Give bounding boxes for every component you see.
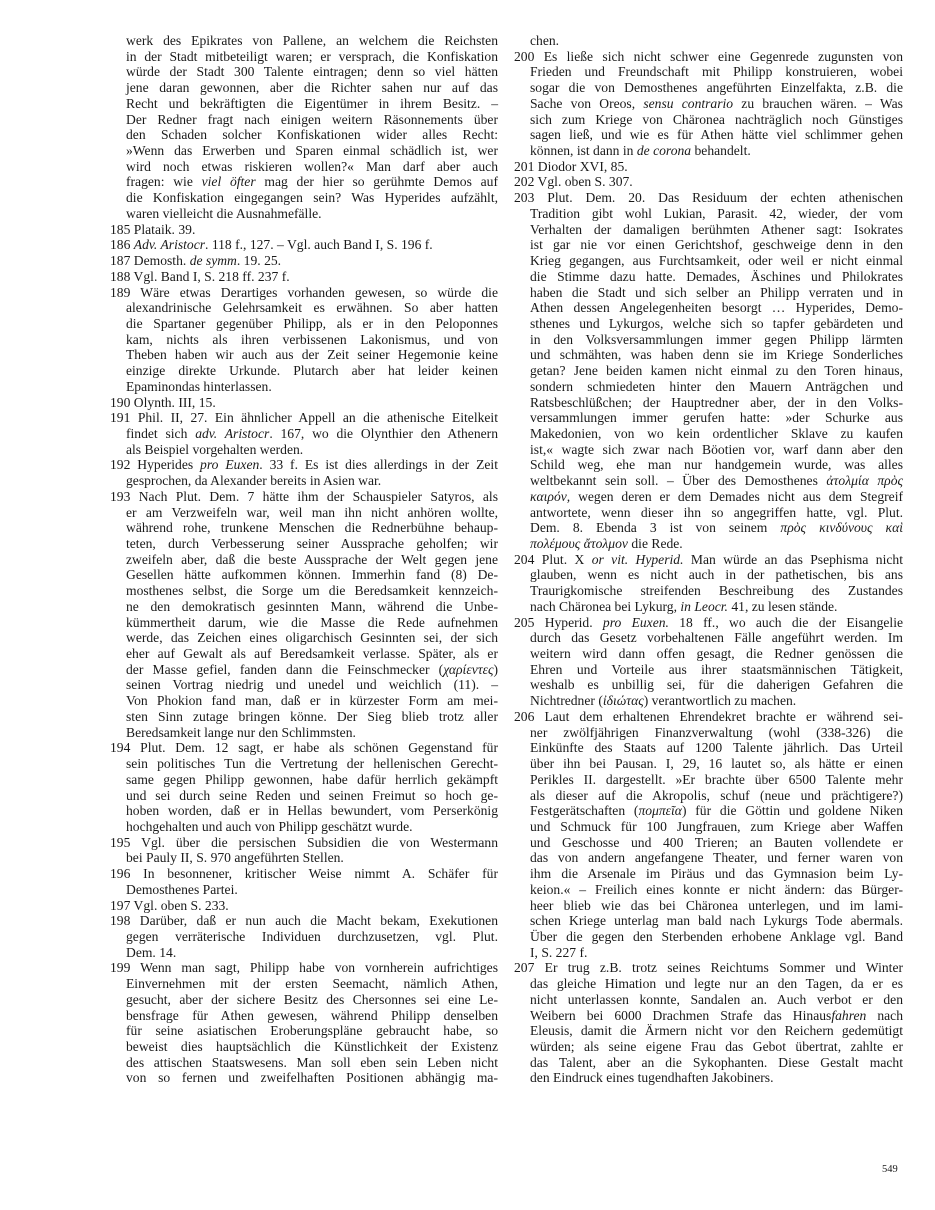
text-run: same gegen Philipp gewonnen, habe dafür … (126, 772, 498, 787)
footnote-line: bensfrage für Athen gewesen, während Phi… (110, 1008, 498, 1024)
footnote-line: für seine asiatischen Eroberungspläne ge… (110, 1023, 498, 1039)
footnote-number: 192 (110, 457, 137, 472)
italic-text: ἰδιώτας (603, 693, 644, 708)
footnote-line: 200 Es ließe sich nicht schwer eine Gege… (514, 49, 903, 65)
footnote-196: 196 In besonnener, kritischer Weise nimm… (110, 866, 498, 897)
footnote-line: Einvernehmen mit der ersten Seemacht, nä… (110, 976, 498, 992)
italic-text: Adv. Aristocr (134, 237, 205, 252)
footnote-204: 204 Plut. X or vit. Hyperid. Man würde a… (514, 552, 903, 615)
italic-text: πομπεῖα (638, 803, 682, 818)
footnote-line: ist gar nie vor einen Gerichtshof, gesch… (514, 237, 903, 253)
text-run: Über die gegen den Sterbenden erhobene A… (530, 929, 903, 944)
footnote-line: bei Pauly II, S. 970 angeführten Stellen… (110, 850, 498, 866)
footnote-number: 198 (110, 913, 140, 928)
footnote-line: den Eindruck eines tugendhaften Jakobine… (514, 1070, 903, 1086)
footnote-line: als dieser auf die Akropolis, schuf (neu… (514, 788, 903, 804)
text-run: Makedonien, von wo kein ordentlicher Skl… (530, 426, 903, 441)
text-run: keion.« – Freilich eines konnte er nicht… (530, 882, 903, 897)
text-run: sten Sinn zutage bringen könne. Der Sieg… (126, 709, 498, 724)
text-run: Weibern bei 6000 Drachmen Strafe das Hin… (530, 1008, 831, 1023)
text-run: teten, durch Verbesserung seiner Ausspra… (126, 536, 498, 551)
footnote-line: Dem. 8. Ebenda 3 ist von seinem πρὸς κιν… (514, 520, 903, 536)
text-run: das Talent, aber an die Sykophanten. Die… (530, 1055, 903, 1070)
footnote-line: Der Redner fragt nach einigen weitern Rä… (110, 112, 498, 128)
footnote-number: 202 (514, 174, 538, 189)
text-run: der Masse gefiel, fanden dann die Feinsc… (126, 662, 443, 677)
text-run: Eleusis, damit die Ärmern nicht vor den … (530, 1023, 903, 1038)
text-run: . 167, wo die Olynthier den Athenern (269, 426, 498, 441)
footnote-line: Beredsamkeit lange nur den Schlimmsten. (110, 725, 498, 741)
footnote-number: 203 (514, 190, 547, 205)
text-run: 41, zu lesen stände. (728, 599, 837, 614)
footnote-line: findet sich adv. Aristocr. 167, wo die O… (110, 426, 498, 442)
text-run: Dem. 14. (126, 945, 176, 960)
footnote-line: 199 Wenn man sagt, Philipp habe von vorn… (110, 960, 498, 976)
footnote-202: 202 Vgl. oben S. 307. (514, 174, 903, 190)
footnote-line: 185 Plataik. 39. (110, 222, 498, 238)
footnote-line: und Geschosse und 400 Trieren; an Bauten… (514, 835, 903, 851)
footnote-line: ner zwölfjährigen Finanzverwaltung (wohl… (514, 725, 903, 741)
footnote-line: einzige direkte Urkunde. Plutarch aber h… (110, 363, 498, 379)
footnote-number: 191 (110, 410, 138, 425)
text-run: glauben, wenn es nicht auch in der pathe… (530, 567, 903, 582)
text-run: chen. (530, 33, 559, 48)
text-run: und Geschosse und 400 Trieren; an Bauten… (530, 835, 903, 850)
footnote-line: während rohe, trunkene Menschen die Redn… (110, 520, 498, 536)
text-run: getan? Jene beiden kamen nicht einmal zu… (530, 363, 903, 378)
text-run: sein politisches Tun die Vertretung der … (126, 756, 498, 771)
left-column-footnotes: werk des Epikrates von Pallene, an welch… (110, 33, 498, 1086)
text-run: bei Pauly II, S. 970 angeführten Stellen… (126, 850, 344, 865)
text-run: heer blieb wie das bei Chäronea unterleg… (530, 898, 903, 913)
footnote-188: 188 Vgl. Band I, S. 218 ff. 237 f. (110, 269, 498, 285)
footnote-line: gesucht, aber der sichere Besitz des Che… (110, 992, 498, 1008)
text-run: Vgl. oben S. 307. (538, 174, 633, 189)
footnote-line: Eleusis, damit die Ärmern nicht vor den … (514, 1023, 903, 1039)
text-run: in der Stadt mitbeteiligt waren; er vers… (126, 49, 498, 64)
text-run: Man würde an das Psephisma nicht (683, 552, 903, 567)
text-run: wegen deren er dem Demades nicht aus dem… (570, 489, 903, 504)
footnote-line: das Talent, aber an die Sykophanten. Die… (514, 1055, 903, 1071)
footnote-194: 194 Plut. Dem. 12 sagt, er habe als schö… (110, 740, 498, 834)
footnote-line: kümmertheit darum, wie die Masse die Red… (110, 615, 498, 631)
text-run: . 118 f., 127. – Vgl. auch Band I, S. 19… (205, 237, 433, 252)
footnote-line: teten, durch Verbesserung seiner Ausspra… (110, 536, 498, 552)
footnote-line: Ratsbeschlüßchen; der Hauptredner aber, … (514, 395, 903, 411)
footnote-number: 206 (514, 709, 544, 724)
text-run: behandelt. (691, 143, 751, 158)
text-run: hoben worden, daß er in Hellas bewundert… (126, 803, 498, 818)
footnote-line: gegen verräterische Individuen durchzuse… (110, 929, 498, 945)
footnote-line: hoben worden, daß er in Hellas bewundert… (110, 803, 498, 819)
footnote-line: sthenes und Lykurgos, welche sich so tap… (514, 316, 903, 332)
text-run: Einvernehmen mit der ersten Seemacht, nä… (126, 976, 498, 991)
text-run: ist,« wagte sich zwar nach Böotien vor, … (530, 442, 903, 457)
footnote-line: 201 Diodor XVI, 85. (514, 159, 903, 175)
footnote-line: πολέμους ἄτολμον die Rede. (514, 536, 903, 552)
text-run: Wenn man sagt, Philipp habe von vornhere… (140, 960, 498, 975)
text-run: Plut. Dem. 12 sagt, er habe als schönen … (140, 740, 498, 755)
footnote-line: Tradition gibt wohl Lukian, Parasit. 42,… (514, 206, 903, 222)
text-run: Plut. Dem. 20. Das Residuum der echten a… (547, 190, 903, 205)
footnote-line: Gesellen hätte aufkommen können. Immerhi… (110, 567, 498, 583)
text-run: Vgl. oben S. 233. (134, 898, 229, 913)
text-run: Laut dem erhaltenen Ehrendekret brachte … (544, 709, 903, 724)
footnote-line: 190 Olynth. III, 15. (110, 395, 498, 411)
footnote-line: 203 Plut. Dem. 20. Das Residuum der echt… (514, 190, 903, 206)
footnote-line: sogar die von Demosthenes angeführten Ei… (514, 80, 903, 96)
text-run: alexandrinische Gelehrsamkeit es erwähne… (126, 300, 498, 315)
text-run: . 33 f. Es ist dies allerdings in der Ze… (259, 457, 498, 472)
footnote-number: 207 (514, 960, 545, 975)
footnote-line: Sache von Oreos, sensu contrario zu brau… (514, 96, 903, 112)
footnote-line: jene daran gewonnen, aber die Richter sa… (110, 80, 498, 96)
footnote-line: fragen: wie viel öfter mag der hier so g… (110, 174, 498, 190)
text-run: bensfrage für Athen gewesen, während Phi… (126, 1008, 498, 1023)
footnote-line: eher auf Gewalt als auf Beredsamkeit ver… (110, 646, 498, 662)
text-run: die Konfiskation eingegangen sein? Was H… (126, 190, 498, 205)
footnote-line: den Schaden solcher Konfiskationen wider… (110, 127, 498, 143)
text-run: würde der Stadt 300 Talente eintragen; d… (126, 64, 498, 79)
text-run: ihm die Arsenale im Piräus und das Gymna… (530, 866, 903, 881)
text-run: Theben haben wir auch aus der Zeit seine… (126, 347, 498, 362)
text-run: Recht und bekräftigten die Eigentümer in… (126, 96, 498, 111)
text-run: weshalb es unbillig sei, für die daherig… (530, 677, 903, 692)
footnote-line: versammlungen immer gerufen hatte: »der … (514, 410, 903, 426)
text-run: Einkünfte des Staats auf 1200 Talente jä… (530, 740, 903, 755)
footnote-line: weshalb es unbillig sei, für die daherig… (514, 677, 903, 693)
footnote-line: Theben haben wir auch aus der Zeit seine… (110, 347, 498, 363)
text-run: ) verantwortlich zu machen. (644, 693, 797, 708)
text-run: ) (493, 662, 498, 677)
footnote-line: von so fernen und zweifelhaften Position… (110, 1070, 498, 1086)
text-run: fragen: wie (126, 174, 202, 189)
text-run: würden; als seine eigene Frau das Gebot … (530, 1039, 903, 1054)
footnote-line: I, S. 227 f. (514, 945, 903, 961)
italic-text: ἀτολμία πρὸς (826, 473, 903, 488)
text-run: weltbekannt sein soll. – Über des Demost… (530, 473, 826, 488)
right-column-footnotes: chen.200 Es ließe sich nicht schwer eine… (514, 33, 903, 1086)
text-run: nach Chäronea bei Lykurg, (530, 599, 680, 614)
text-run: . 19. 25. (237, 253, 281, 268)
footnote-line: Frieden und Freundschaft mit Philipp kon… (514, 64, 903, 80)
footnote-line: 189 Wäre etwas Derartiges vorhanden gewe… (110, 285, 498, 301)
text-run: Plut. X (542, 552, 592, 567)
footnote-line: 206 Laut dem erhaltenen Ehrendekret brac… (514, 709, 903, 725)
footnote-line: sten Sinn zutage bringen könne. Der Sieg… (110, 709, 498, 725)
text-run: und schmähten, was haben denn sie im Kri… (530, 347, 903, 362)
text-run: werde, das Zeichen eines oligarchisch Ge… (126, 630, 498, 645)
footnote-number: 197 (110, 898, 134, 913)
footnote-line: wird noch etwas riskieren wollen?« Man d… (110, 159, 498, 175)
text-run: ) für die Göttin und goldene Niken (682, 803, 903, 818)
footnote-line: nicht unterlassen konnte, Sandalen an. A… (514, 992, 903, 1008)
text-run: Epaminondas hinterlassen. (126, 379, 272, 394)
text-run: Krieg gegangen, aus Furchtsamkeit, oder … (530, 253, 903, 268)
footnote-number: 196 (110, 866, 143, 881)
footnote-line: 198 Darüber, daß er nun auch die Macht b… (110, 913, 498, 929)
footnote-190: 190 Olynth. III, 15. (110, 395, 498, 411)
footnote-198: 198 Darüber, daß er nun auch die Macht b… (110, 913, 498, 960)
text-run: als Beispiel vorgehalten werden. (126, 442, 303, 457)
text-run: das von andern angefangene Theater, und … (530, 850, 903, 865)
footnote-line: und Schmuck für 100 Jungfrauen, zum Krie… (514, 819, 903, 835)
text-run: Der Redner fragt nach einigen weitern Rä… (126, 112, 498, 127)
text-run: ne den demokratisch gesinnten Mann, währ… (126, 599, 498, 614)
footnote-line: seinen Vortrag niedrig und unedel und we… (110, 677, 498, 693)
text-run: Beredsamkeit lange nur den Schlimmsten. (126, 725, 356, 740)
footnote-line: schen Kriege unterlag man bald nach Lyku… (514, 913, 903, 929)
footnote-line: können, ist dann in de corona behandelt. (514, 143, 903, 159)
footnote-line: würde der Stadt 300 Talente eintragen; d… (110, 64, 498, 80)
text-run: sagen ließ, und wie es für Athen hätte v… (530, 127, 903, 142)
footnote-line: sich zum Kriege von Chäronea nachträglic… (514, 112, 903, 128)
footnote-line: Traurigkomische streifenden Beschreibung… (514, 583, 903, 599)
italic-text: viel öfter (202, 174, 256, 189)
text-run: jene daran gewonnen, aber die Richter sa… (126, 80, 498, 95)
footnote-line: ne den demokratisch gesinnten Mann, währ… (110, 599, 498, 615)
text-run: Sache von Oreos, (530, 96, 643, 111)
footnote-line: Krieg gegangen, aus Furchtsamkeit, oder … (514, 253, 903, 269)
footnote-line: über ihn bei Pausan. I, 29, 16 lautet so… (514, 756, 903, 772)
text-run: den Schaden solcher Konfiskationen wider… (126, 127, 498, 142)
text-run: Ratsbeschlüßchen; der Hauptredner aber, … (530, 395, 903, 410)
footnote-line: Einkünfte des Staats auf 1200 Talente jä… (514, 740, 903, 756)
footnote-line: »Wenn das Erwerben und Sparen einmal sch… (110, 143, 498, 159)
text-run: Olynth. III, 15. (134, 395, 216, 410)
book-page: werk des Epikrates von Pallene, an welch… (0, 0, 935, 1210)
footnote-line: werk des Epikrates von Pallene, an welch… (110, 33, 498, 49)
footnote-line: keion.« – Freilich eines konnte er nicht… (514, 882, 903, 898)
footnote-191: 191 Phil. II, 27. Ein ähnlicher Appell a… (110, 410, 498, 457)
text-run: als dieser auf die Akropolis, schuf (neu… (530, 788, 903, 803)
text-run: beweist dies hauptsächlich die Künstlich… (126, 1039, 498, 1054)
footnote-line: 195 Vgl. über die persischen Subsidien d… (110, 835, 498, 851)
footnote-line: Von Phokion fand man, daß er in kürzeste… (110, 693, 498, 709)
footnote-line: chen. (514, 33, 903, 49)
footnote-line: das gleiche Himation und legte nur an de… (514, 976, 903, 992)
italic-text: fahren (831, 1008, 866, 1023)
text-run: Diodor XVI, 85. (538, 159, 628, 174)
text-run: Perikles II. dargestellt. »Er brachte üb… (530, 772, 903, 787)
text-run: waren vielleicht die Ausnahmefälle. (126, 206, 322, 221)
text-run: die Stimme dazu hatte. Demades, Äschines… (530, 269, 903, 284)
footnote-line: ihm die Arsenale im Piräus und das Gymna… (514, 866, 903, 882)
footnote-line: der Masse gefiel, fanden dann die Feinsc… (110, 662, 498, 678)
footnote-line: 191 Phil. II, 27. Ein ähnlicher Appell a… (110, 410, 498, 426)
footnote-197: 197 Vgl. oben S. 233. (110, 898, 498, 914)
footnote-line: 192 Hyperides pro Euxen. 33 f. Es ist di… (110, 457, 498, 473)
footnote-line: durch das Gesetz vorbehaltenen Fälle ang… (514, 630, 903, 646)
text-run: sich zum Kriege von Chäronea nachträglic… (530, 112, 903, 127)
footnote-number: 189 (110, 285, 140, 300)
footnote-line: heer blieb wie das bei Chäronea unterleg… (514, 898, 903, 914)
text-run: in den Volksversammlungen immer gegen Ph… (530, 332, 903, 347)
text-run: nicht unterlassen konnte, Sandalen an. A… (530, 992, 903, 1007)
footnote-line: antwortete, wenn dieser ihn so angegriff… (514, 505, 903, 521)
text-run: haben die Stadt und sich selber an Phili… (530, 285, 903, 300)
text-run: mosthenes selbst, die Sorge um die Bered… (126, 583, 498, 598)
footnote-line: kam, nichts als ihren verbissenen Lakoni… (110, 332, 498, 348)
footnote-195: 195 Vgl. über die persischen Subsidien d… (110, 835, 498, 866)
text-run: Verhalten der damaligen berühmten Athene… (530, 222, 903, 237)
footnote-number: 201 (514, 159, 538, 174)
footnote-line: same gegen Philipp gewonnen, habe dafür … (110, 772, 498, 788)
footnote-line: hochgehalten und auch von Philipp geschä… (110, 819, 498, 835)
footnote-line: als Beispiel vorgehalten werden. (110, 442, 498, 458)
text-run: und sei durch seine Reden und seinen Fre… (126, 788, 498, 803)
footnote-line: des attischen Staatswesens. Man soll ebe… (110, 1055, 498, 1071)
footnote-number: 204 (514, 552, 542, 567)
text-run: versammlungen immer gerufen hatte: »der … (530, 410, 903, 425)
footnote-continuation: werk des Epikrates von Pallene, an welch… (110, 33, 498, 222)
italic-text: in Leocr. (680, 599, 728, 614)
footnote-line: haben die Stadt und sich selber an Phili… (514, 285, 903, 301)
footnote-line: mosthenes selbst, die Sorge um die Bered… (110, 583, 498, 599)
footnote-206: 206 Laut dem erhaltenen Ehrendekret brac… (514, 709, 903, 961)
text-run: er am Verzweifeln war, weil man ihn nich… (126, 505, 498, 520)
text-run: Hyperid. (545, 615, 603, 630)
footnote-number: 200 (514, 49, 544, 64)
text-run: werk des Epikrates von Pallene, an welch… (126, 33, 498, 48)
footnote-line: 205 Hyperid. pro Euxen. 18 ff., wo auch … (514, 615, 903, 631)
text-run: die Spartaner gegenüber Philipp, als er … (126, 316, 498, 331)
footnote-line: Verhalten der damaligen berühmten Athene… (514, 222, 903, 238)
text-run: das gleiche Himation und legte nur an de… (530, 976, 903, 991)
text-run: schen Kriege unterlag man bald nach Lyku… (530, 913, 903, 928)
footnote-193: 193 Nach Plut. Dem. 7 hätte ihm der Scha… (110, 489, 498, 741)
text-run: sthenes und Lykurgos, welche sich so tap… (530, 316, 903, 331)
text-run: sondern schmiedeten hinter den Mauern An… (530, 379, 903, 394)
text-run: gesprochen, da Alexander bereits in Asie… (126, 473, 381, 488)
text-run: Demosthenes Partei. (126, 882, 238, 897)
footnote-line: Perikles II. dargestellt. »Er brachte üb… (514, 772, 903, 788)
footnote-number: 190 (110, 395, 134, 410)
footnote-line: 197 Vgl. oben S. 233. (110, 898, 498, 914)
footnote-line: 202 Vgl. oben S. 307. (514, 174, 903, 190)
footnote-line: Recht und bekräftigten die Eigentümer in… (110, 96, 498, 112)
italic-text: καιρόν, (530, 489, 570, 504)
italic-text: or vit. Hyperid. (592, 552, 684, 567)
text-run: Hyperides (137, 457, 200, 472)
footnote-line: glauben, wenn es nicht auch in der pathe… (514, 567, 903, 583)
footnote-number: 195 (110, 835, 141, 850)
text-run: Schild weg, ehe man nur handgemein wurde… (530, 457, 903, 472)
footnote-line: in den Volksversammlungen immer gegen Ph… (514, 332, 903, 348)
footnote-186: 186 Adv. Aristocr. 118 f., 127. – Vgl. a… (110, 237, 498, 253)
text-run: Darüber, daß er nun auch die Macht bekam… (140, 913, 498, 928)
text-run: Er trug z.B. trotz seines Reichtums Somm… (545, 960, 903, 975)
footnote-number: 188 (110, 269, 134, 284)
text-run: findet sich (126, 426, 195, 441)
text-run: Es ließe sich nicht schwer eine Gegenred… (544, 49, 903, 64)
italic-text: de corona (637, 143, 691, 158)
text-run: antwortete, wenn dieser ihn so angegriff… (530, 505, 903, 520)
italic-text: πρὸς κινδύνους καὶ (780, 520, 903, 535)
footnote-line: Makedonien, von wo kein ordentlicher Skl… (514, 426, 903, 442)
text-run: Frieden und Freundschaft mit Philipp kon… (530, 64, 903, 79)
footnote-number: 199 (110, 960, 140, 975)
text-run: seinen Vortrag niedrig und unedel und we… (126, 677, 498, 692)
text-run: In besonnener, kritischer Weise nimmt A.… (143, 866, 498, 881)
text-run: sogar die von Demosthenes angeführten Ei… (530, 80, 903, 95)
footnote-203: 203 Plut. Dem. 20. Das Residuum der echt… (514, 190, 903, 552)
italic-text: de symm (190, 253, 237, 268)
text-run: eher auf Gewalt als auf Beredsamkeit ver… (126, 646, 498, 661)
page-number: 549 (882, 1164, 898, 1175)
text-run: wird noch etwas riskieren wollen?« Man d… (126, 159, 498, 174)
footnote-line: sein politisches Tun die Vertretung der … (110, 756, 498, 772)
footnote-line: weltbekannt sein soll. – Über des Demost… (514, 473, 903, 489)
footnote-187: 187 Demosth. de symm. 19. 25. (110, 253, 498, 269)
footnote-line: würden; als seine eigene Frau das Gebot … (514, 1039, 903, 1055)
text-run: Ehren und Vorteile aus ihrer staatsmänni… (530, 662, 903, 677)
text-run: über ihn bei Pausan. I, 29, 16 lautet so… (530, 756, 903, 771)
text-run: des attischen Staatswesens. Man soll ebe… (126, 1055, 498, 1070)
footnote-185: 185 Plataik. 39. (110, 222, 498, 238)
footnote-line: Demosthenes Partei. (110, 882, 498, 898)
footnote-line: und schmähten, was haben denn sie im Kri… (514, 347, 903, 363)
footnote-line: 187 Demosth. de symm. 19. 25. (110, 253, 498, 269)
text-run: können, ist dann in (530, 143, 637, 158)
text-run: ner zwölfjährigen Finanzverwaltung (wohl… (530, 725, 903, 740)
text-run: I, S. 227 f. (530, 945, 587, 960)
text-run: den Eindruck eines tugendhaften Jakobine… (530, 1070, 773, 1085)
italic-text: pro Euxen (200, 457, 259, 472)
footnote-line: er am Verzweifeln war, weil man ihn nich… (110, 505, 498, 521)
footnote-205: 205 Hyperid. pro Euxen. 18 ff., wo auch … (514, 615, 903, 709)
footnote-line: 196 In besonnener, kritischer Weise nimm… (110, 866, 498, 882)
footnote-line: nach Chäronea bei Lykurg, in Leocr. 41, … (514, 599, 903, 615)
footnote-line: 207 Er trug z.B. trotz seines Reichtums … (514, 960, 903, 976)
text-run: für seine asiatischen Eroberungspläne ge… (126, 1023, 498, 1038)
footnote-line: Weibern bei 6000 Drachmen Strafe das Hin… (514, 1008, 903, 1024)
text-run: Von Phokion fand man, daß er in kürzeste… (126, 693, 498, 708)
text-run: Demosth. (134, 253, 190, 268)
text-run: durch das Gesetz vorbehaltenen Fälle ang… (530, 630, 903, 645)
italic-text: adv. Aristocr (195, 426, 269, 441)
footnote-continuation: chen. (514, 33, 903, 49)
text-run: die Rede. (628, 536, 683, 551)
footnote-192: 192 Hyperides pro Euxen. 33 f. Es ist di… (110, 457, 498, 488)
footnote-line: die Konfiskation eingegangen sein? Was H… (110, 190, 498, 206)
footnote-line: beweist dies hauptsächlich die Künstlich… (110, 1039, 498, 1055)
footnote-line: Athen dessen Angelegenheiten besorgt … H… (514, 300, 903, 316)
text-run: Wäre etwas Derartiges vorhanden gewesen,… (140, 285, 498, 300)
text-run: Nichtredner ( (530, 693, 603, 708)
footnote-line: Nichtredner (ἰδιώτας) verantwortlich zu … (514, 693, 903, 709)
text-run: Tradition gibt wohl Lukian, Parasit. 42,… (530, 206, 903, 221)
italic-text: sensu contrario (643, 96, 733, 111)
italic-text: πολέμους ἄτολμον (530, 536, 628, 551)
footnote-line: die Stimme dazu hatte. Demades, Äschines… (514, 269, 903, 285)
footnote-201: 201 Diodor XVI, 85. (514, 159, 903, 175)
text-run: Plataik. 39. (134, 222, 196, 237)
footnote-line: werde, das Zeichen eines oligarchisch Ge… (110, 630, 498, 646)
footnote-line: καιρόν, wegen deren er dem Demades nicht… (514, 489, 903, 505)
text-run: Athen dessen Angelegenheiten besorgt … H… (530, 300, 903, 315)
text-run: weitern wird dann offen gesagt, die Redn… (530, 646, 903, 661)
footnote-line: sagen ließ, und wie es für Athen hätte v… (514, 127, 903, 143)
text-run: von so fernen und zweifelhaften Position… (126, 1070, 498, 1085)
text-run: ist gar nie vor einen Gerichtshof, gesch… (530, 237, 903, 252)
text-run: einzige direkte Urkunde. Plutarch aber h… (126, 363, 498, 378)
footnote-line: Ehren und Vorteile aus ihrer staatsmänni… (514, 662, 903, 678)
footnote-line: weitern wird dann offen gesagt, die Redn… (514, 646, 903, 662)
text-run: nach (866, 1008, 903, 1023)
footnote-line: alexandrinische Gelehrsamkeit es erwähne… (110, 300, 498, 316)
text-run: gesucht, aber der sichere Besitz des Che… (126, 992, 498, 1007)
